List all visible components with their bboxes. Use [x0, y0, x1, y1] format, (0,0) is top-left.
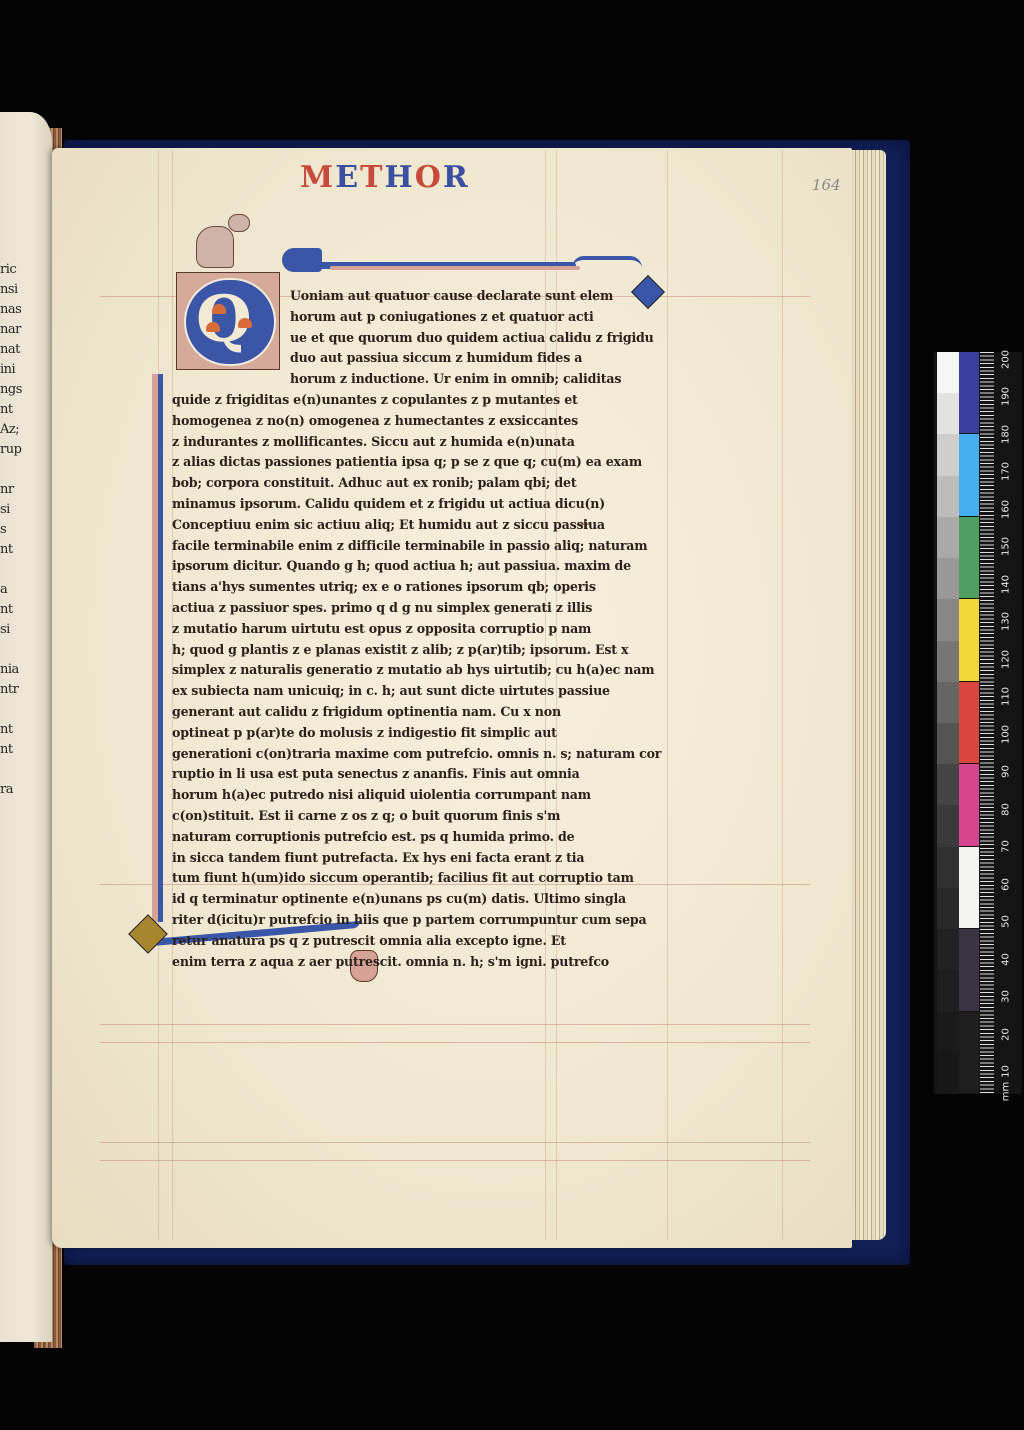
text-line: duo aut passiua siccum z humidum fides a: [172, 348, 572, 369]
scale-tick-label: 120: [1001, 649, 1012, 669]
running-title-letter: R: [443, 160, 470, 195]
text-line: riter d(icitu)r putrefcio in hiis que p …: [172, 910, 572, 931]
ruling-line: [100, 1024, 810, 1025]
gray-step-patch: [937, 723, 959, 764]
main-text-column: Uoniam aut quatuor cause declarate sunt …: [172, 286, 572, 972]
text-line: horum aut p coniugationes z et quatuor a…: [172, 307, 572, 328]
scale-tick-label: 90: [1001, 762, 1012, 782]
color-patch-yellow: [959, 599, 979, 680]
gray-step-patch: [937, 641, 959, 682]
running-title-letter: E: [335, 160, 360, 195]
text-line: ue et que quorum duo quidem actiua calid…: [172, 328, 572, 349]
text-line: in sicca tandem fiunt putrefacta. Ex hys…: [172, 848, 572, 869]
scale-tick-label: 20: [1001, 1024, 1012, 1044]
scale-tick-label: 180: [1001, 424, 1012, 444]
text-line: ipsorum dicitur. Quando g h; quod actiua…: [172, 556, 572, 577]
text-line: ruptio in li usa est puta senectus z ana…: [172, 764, 572, 785]
gray-step-patch: [937, 888, 959, 929]
color-patch-red: [959, 682, 979, 763]
dog-head-icon: [228, 214, 250, 232]
gray-step-patch: [937, 476, 959, 517]
running-title-letter: T: [360, 160, 384, 195]
scale-tick-label: 70: [1001, 837, 1012, 857]
gray-step-patch: [937, 929, 959, 970]
scale-tick-label: 100: [1001, 724, 1012, 744]
text-line: facile terminabile enim z difficile term…: [172, 536, 572, 557]
scale-tick-label: 140: [1001, 574, 1012, 594]
text-line: Conceptiuu enim sic actiuu aliq; Et humi…: [172, 515, 572, 536]
ruling-line: [100, 1042, 810, 1043]
gray-step-patch: [937, 1012, 959, 1053]
ruling-line: [100, 1160, 810, 1161]
ruling-line: [667, 150, 668, 1240]
running-title-letter: O: [415, 160, 443, 195]
text-line: actiua z passiuor spes. primo q d g nu s…: [172, 598, 572, 619]
scale-unit-label: mm: [1001, 1082, 1012, 1102]
left-border-bar-blue: [158, 374, 163, 922]
gray-step-patch: [937, 1053, 959, 1094]
running-title-letter: H: [384, 160, 414, 195]
gray-step-patch: [937, 847, 959, 888]
verso-text-fragments: ric nsi nas nar nat ini ngs nt Az; rup n…: [0, 260, 40, 800]
text-line: homogenea z no(n) omogenea z humectantes…: [172, 411, 572, 432]
text-line: tum fiunt h(um)ido siccum operantib; fac…: [172, 868, 572, 889]
text-line: horum z inductione. Ur enim in omnib; ca…: [172, 369, 572, 390]
scale-tick-label: 150: [1001, 537, 1012, 557]
text-line: horum h(a)ec putredo nisi aliquid uiolen…: [172, 785, 572, 806]
gray-step-patch: [937, 517, 959, 558]
text-line: optineat p p(ar)te do molusis z indigest…: [172, 723, 572, 744]
text-line: bob; corpora constituit. Adhuc aut ex ro…: [172, 473, 572, 494]
seated-dog-drollery-icon: [196, 226, 234, 268]
ruling-line: [100, 1142, 810, 1143]
gray-step-patch: [937, 682, 959, 723]
scale-tick-label: 130: [1001, 612, 1012, 632]
color-calibration-scale: 1020304050607080901001101201301401501601…: [934, 352, 1022, 1094]
running-title-letter: M: [300, 160, 335, 195]
color-patch-dark-blue: [959, 352, 979, 433]
gray-step-patch: [937, 352, 959, 393]
gray-step-patch: [937, 393, 959, 434]
color-patch-white: [959, 847, 979, 928]
scale-tick-label: 190: [1001, 387, 1012, 407]
color-patch-green: [959, 517, 979, 598]
text-line: generant aut calidu z frigidum optinenti…: [172, 702, 572, 723]
scale-tick-label: 60: [1001, 874, 1012, 894]
gray-step-patch: [937, 805, 959, 846]
gray-step-patch: [937, 558, 959, 599]
text-line: z mutatio harum uirtutu est opus z oppos…: [172, 619, 572, 640]
scale-tick-label: 200: [1001, 350, 1012, 370]
folio-number: 164: [812, 176, 841, 194]
text-line: c(on)stituit. Est ii carne z os z q; o b…: [172, 806, 572, 827]
scale-tick-label: 170: [1001, 462, 1012, 482]
color-patch-dark-purple: [959, 929, 979, 1010]
text-line: generationi c(on)traria maxime com putre…: [172, 744, 572, 765]
scale-tick-label: 40: [1001, 949, 1012, 969]
text-line: enim terra z aqua z aer putrescit. omnia…: [172, 952, 572, 973]
color-patch-black: [959, 1012, 979, 1093]
border-curl: [572, 256, 642, 268]
top-border-extender-pink: [330, 266, 580, 270]
gray-step-patch: [937, 764, 959, 805]
text-line: h; quod g plantis z e planas existit z a…: [172, 640, 572, 661]
text-line: ex subiecta nam unicuiq; in c. h; aut su…: [172, 681, 572, 702]
text-line: Uoniam aut quatuor cause declarate sunt …: [172, 286, 572, 307]
scale-tick-label: 30: [1001, 987, 1012, 1007]
text-line: minamus ipsorum. Calidu quidem et z frig…: [172, 494, 572, 515]
text-line: quide z frigiditas e(n)unantes z copulan…: [172, 390, 572, 411]
color-patch-magenta: [959, 764, 979, 845]
gray-step-patch: [937, 599, 959, 640]
text-line: simplex z naturalis generatio z mutatio …: [172, 660, 572, 681]
scale-tick-label: 160: [1001, 499, 1012, 519]
scale-tick-label: 10: [1001, 1062, 1012, 1082]
text-line: id q terminatur optinente e(n)unans ps c…: [172, 889, 572, 910]
text-line: retur anatura ps q z putrescit omnia ali…: [172, 931, 572, 952]
text-line: z indurantes z mollificantes. Siccu aut …: [172, 432, 572, 453]
text-line: tians a'hys sumentes utriq; ex e o ratio…: [172, 577, 572, 598]
gray-step-patch: [937, 970, 959, 1011]
dragon-head-icon: [282, 248, 322, 272]
scale-tick-label: 110: [1001, 687, 1012, 707]
scale-tick-label: 50: [1001, 912, 1012, 932]
text-line: z alias dictas passiones patientia ipsa …: [172, 452, 572, 473]
ruling-line: [782, 150, 783, 1240]
color-patch-cyan: [959, 434, 979, 515]
scale-tick-label: 80: [1001, 799, 1012, 819]
gray-step-patch: [937, 434, 959, 475]
running-title: METHOR: [300, 160, 470, 195]
text-line: naturam corruptionis putrefcio est. ps q…: [172, 827, 572, 848]
